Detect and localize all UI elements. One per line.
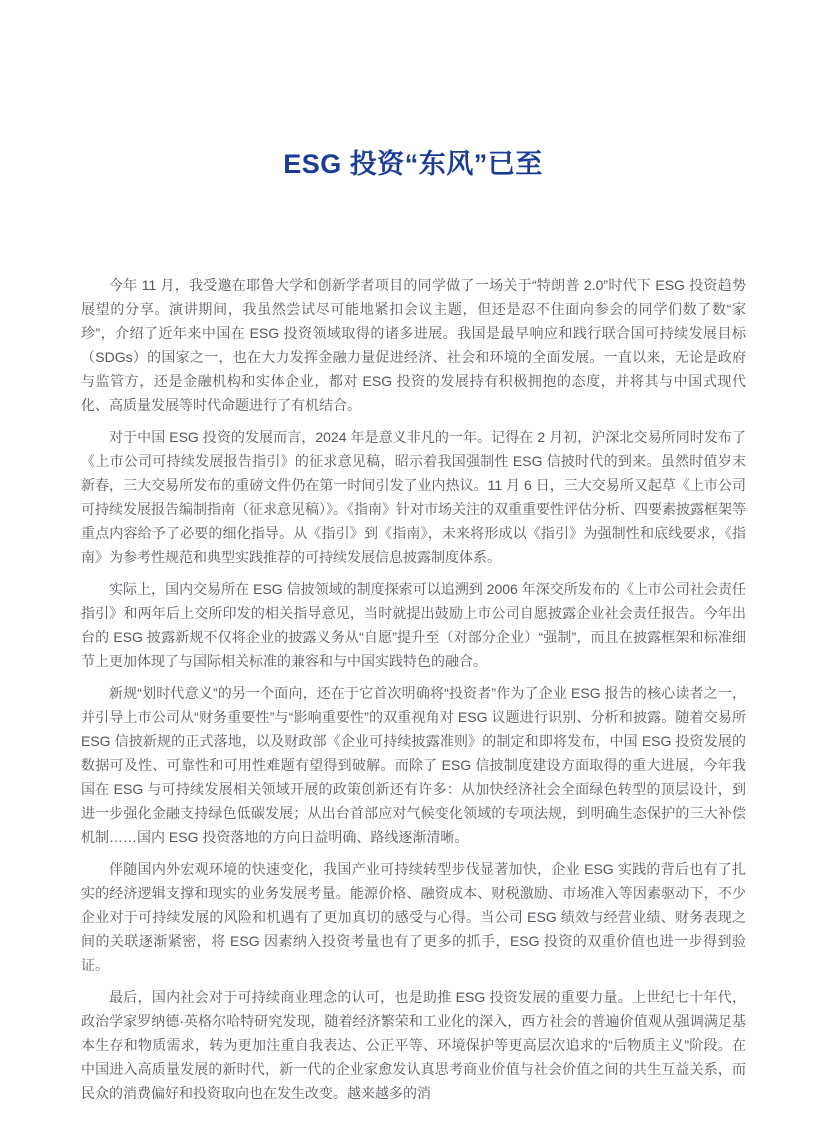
paragraph-6: 最后，国内社会对于可持续商业理念的认可，也是助推 ESG 投资发展的重要力量。上… (81, 985, 746, 1105)
paragraph-3: 实际上，国内交易所在 ESG 信披领域的制度探索可以追溯到 2006 年深交所发… (81, 577, 746, 673)
page-title: ESG 投资“东风”已至 (0, 0, 826, 181)
paragraph-2: 对于中国 ESG 投资的发展而言，2024 年是意义非凡的一年。记得在 2 月初… (81, 425, 746, 569)
article-body: 今年 11 月，我受邀在耶鲁大学和创新学者项目的同学做了一场关于“特朗普 2.0… (0, 181, 826, 1105)
paragraph-4: 新规“划时代意义”的另一个面向，还在于它首次明确将“投资者”作为了企业 ESG … (81, 681, 746, 849)
paragraph-5: 伴随国内外宏观环境的快速变化，我国产业可持续转型步伐显著加快，企业 ESG 实践… (81, 857, 746, 977)
document-page: ESG 投资“东风”已至 今年 11 月，我受邀在耶鲁大学和创新学者项目的同学做… (0, 0, 826, 1122)
paragraph-1: 今年 11 月，我受邀在耶鲁大学和创新学者项目的同学做了一场关于“特朗普 2.0… (81, 273, 746, 417)
